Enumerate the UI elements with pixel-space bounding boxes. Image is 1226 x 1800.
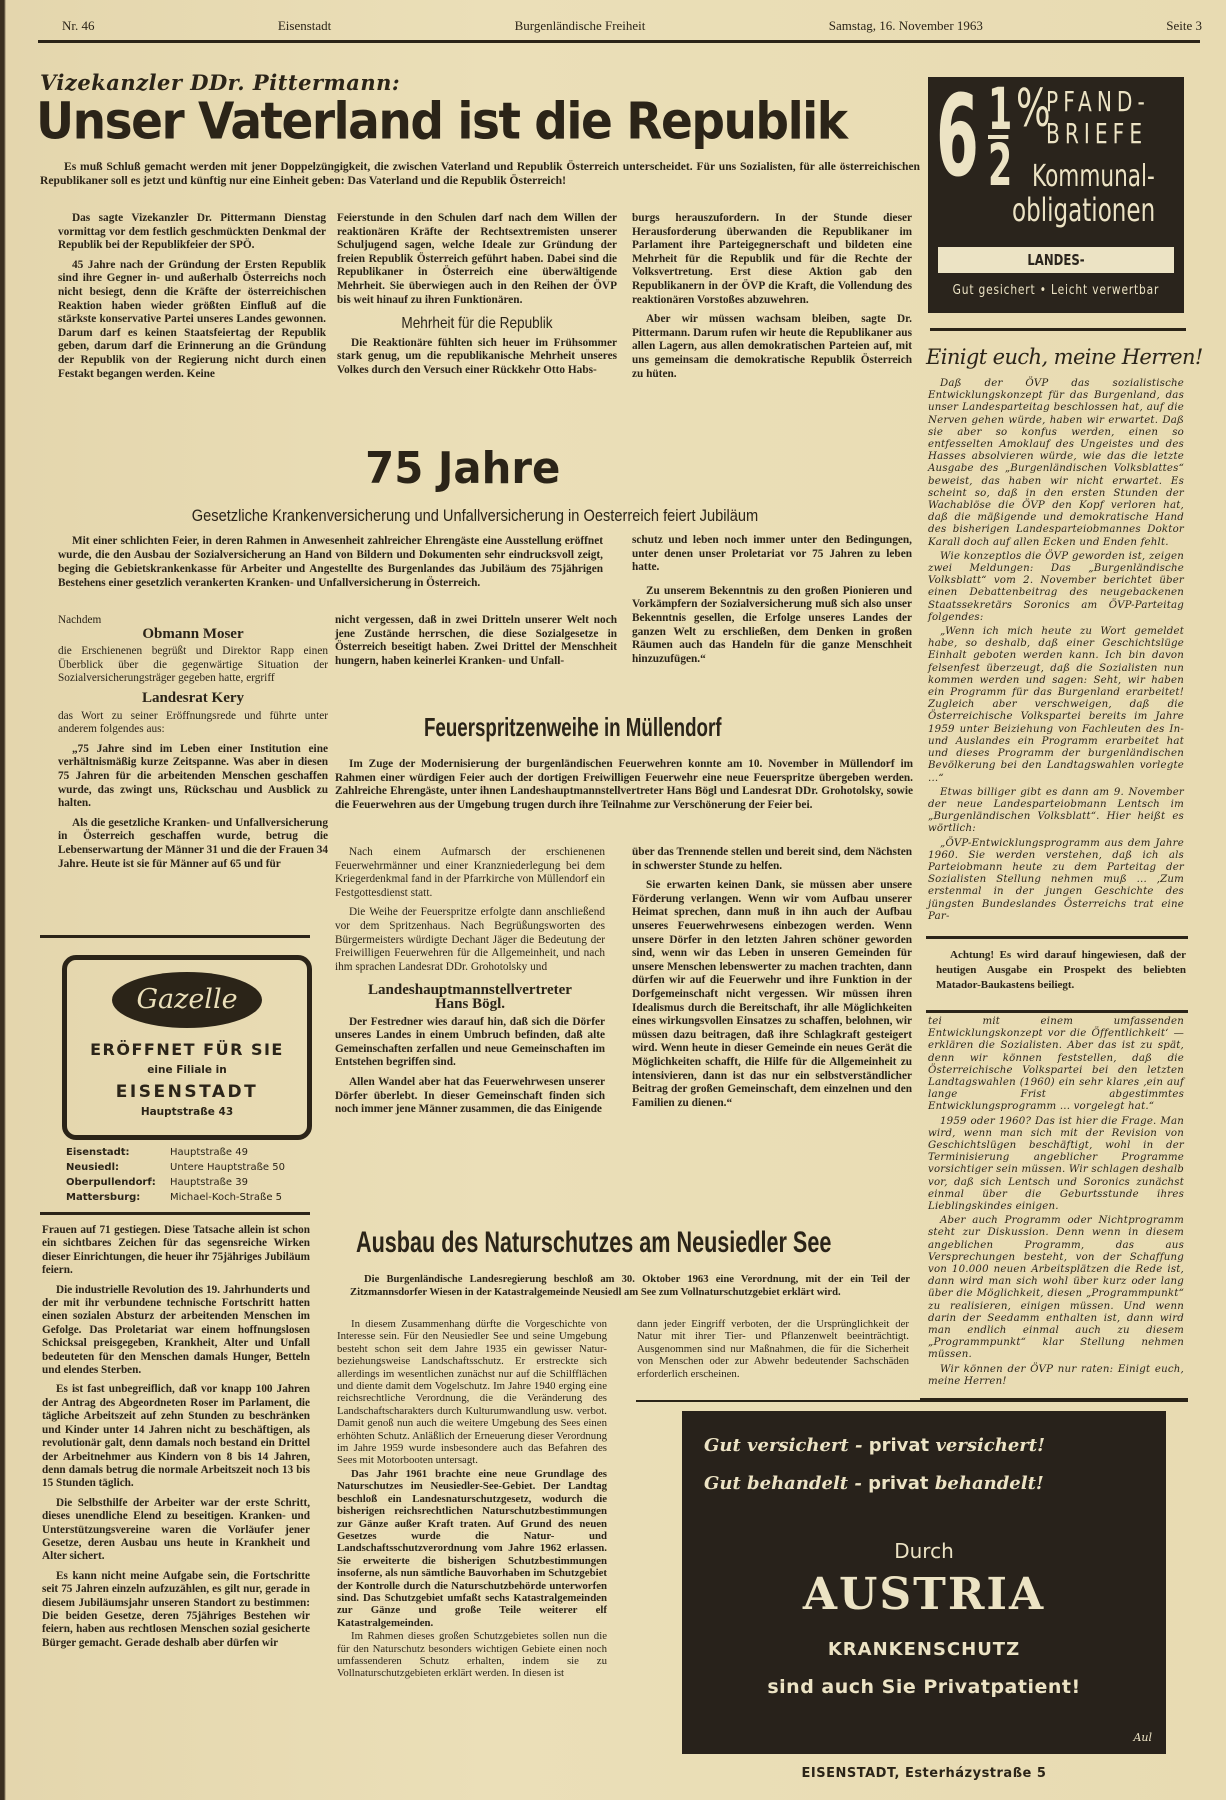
paragraph: 1959 oder 1960? Das ist hier die Frage. … bbox=[928, 1116, 1184, 1214]
paragraph: die Erschienenen begrüßt und Direktor Ra… bbox=[58, 645, 328, 686]
ad-tagline: Gut gesichert • Leicht verwertbar bbox=[928, 283, 1184, 298]
paragraph: „75 Jahre sind im Leben einer Institutio… bbox=[58, 743, 328, 811]
paragraph: schutz und leben noch immer unter den Be… bbox=[632, 534, 912, 575]
austria-krankenschutz-ad: Gut versichert - privat versichert! Gut … bbox=[682, 1411, 1166, 1754]
jubilee-column-1: Nachdem Obmann Moser die Erschienenen be… bbox=[58, 614, 328, 877]
ad-claim: sind auch Sie Privatpatient! bbox=[682, 1676, 1166, 1698]
lead-intro: Es muß Schluß gemacht werden mit jener D… bbox=[40, 160, 920, 188]
branch-row: Eisenstadt:Hauptstraße 49 bbox=[66, 1145, 306, 1160]
masthead-rule bbox=[38, 40, 1200, 43]
paragraph: Aber auch Programm oder Nichtprogramm st… bbox=[928, 1215, 1184, 1361]
ad-line-1: ERÖFFNET FÜR SIE bbox=[67, 1040, 307, 1059]
divider bbox=[636, 1400, 1188, 1402]
paragraph: Die Reaktionäre fühlten sich heuer im Fr… bbox=[337, 337, 617, 378]
lead-headline: Unser Vaterland ist die Republik bbox=[36, 92, 847, 151]
pfandbriefe-ad: 6 1 2 % PFAND- BRIEFE Kommunal- obligati… bbox=[928, 77, 1184, 313]
ad-line-3: EISENSTADT bbox=[67, 1082, 307, 1102]
speaker-subhead: Obmann Moser bbox=[58, 628, 328, 642]
paragraph: Feierstunde in den Schulen darf nach dem… bbox=[337, 212, 617, 307]
matador-notice: Achtung! Es wird darauf hingewiesen, daß… bbox=[936, 948, 1186, 993]
paragraph: Das sagte Vizekanzler Dr. Pittermann Die… bbox=[58, 212, 326, 253]
masthead: Nr. 46 Eisenstadt Burgenländische Freihe… bbox=[62, 18, 1202, 38]
nature-column-2: dann jeder Eingriff verboten, der die Ur… bbox=[637, 1318, 909, 1386]
divider bbox=[926, 1010, 1188, 1013]
paragraph: Das Jahr 1961 brachte eine neue Grundlag… bbox=[337, 1468, 607, 1629]
divider bbox=[930, 328, 1186, 331]
masthead-place: Eisenstadt bbox=[278, 18, 331, 38]
jubilee-column-2: nicht vergessen, daß in zwei Dritteln un… bbox=[335, 614, 617, 674]
paragraph: über das Trennende stellen und bereit si… bbox=[632, 846, 912, 873]
paragraph: Die Selbsthilfe der Arbeiter war der ers… bbox=[42, 1497, 310, 1564]
issue-number: Nr. 46 bbox=[62, 18, 95, 38]
ad-line-3: Kommunal- bbox=[1032, 159, 1155, 194]
paragraph: Daß der ÖVP das sozialistische Entwicklu… bbox=[928, 378, 1184, 549]
paragraph: Die Burgenländische Landesregierung besc… bbox=[350, 1274, 910, 1299]
paragraph: In diesem Zusammenhang dürfte die Vorges… bbox=[337, 1318, 607, 1467]
paragraph: „Wenn ich mich heute zu Wort gemeldet ha… bbox=[928, 626, 1184, 785]
paragraph: Die Weihe der Feuerspritze erfolgte dann… bbox=[335, 906, 605, 974]
jubilee-lead: Mit einer schlichten Feier, in deren Rah… bbox=[58, 534, 603, 596]
paragraph: Als die gesetzliche Kranken- und Unfallv… bbox=[58, 817, 328, 871]
paragraph: Es ist fast unbegreiflich, daß vor knapp… bbox=[42, 1383, 310, 1490]
ad-line-1: PFAND- bbox=[1046, 85, 1150, 118]
lead-column-3: burgs herauszufordern. In der Stunde die… bbox=[632, 212, 912, 387]
paragraph: Sie erwarten keinen Dank, sie müssen abe… bbox=[632, 879, 912, 1110]
nature-headline: Ausbau des Naturschutzes am Neusiedler S… bbox=[356, 1226, 831, 1260]
paragraph: Frauen auf 71 gestiegen. Diese Tatsache … bbox=[42, 1224, 310, 1278]
paragraph: nicht vergessen, daß in zwei Dritteln un… bbox=[335, 614, 617, 668]
gazelle-ad: Gazelle ERÖFFNET FÜR SIE eine Filiale in… bbox=[62, 955, 312, 1140]
paragraph: Mit einer schlichten Feier, in deren Rah… bbox=[58, 534, 603, 590]
editorial-continuation: tei mit einem umfassenden Entwicklungsko… bbox=[928, 1016, 1184, 1390]
paragraph: „ÖVP-Entwicklungsprogramm aus dem Jahre … bbox=[928, 838, 1184, 923]
paragraph: Nach einem Aufmarsch der erschienenen Fe… bbox=[335, 846, 605, 900]
lead-column-1: Das sagte Vizekanzler Dr. Pittermann Die… bbox=[58, 212, 326, 387]
paragraph: dann jeder Eingriff verboten, der die Ur… bbox=[637, 1318, 909, 1380]
ad-line-2: eine Filiale in bbox=[67, 1064, 307, 1076]
lead-column-2: Feierstunde in den Schulen darf nach dem… bbox=[337, 212, 617, 384]
newspaper-name: Burgenländische Freiheit bbox=[515, 18, 646, 38]
paragraph: Es kann nicht meine Aufgabe sein, die Fo… bbox=[42, 1570, 310, 1650]
editorial-body: Daß der ÖVP das sozialistische Entwicklu… bbox=[928, 378, 1184, 925]
jubilee-headline: 75 Jahre bbox=[365, 443, 560, 494]
fire-column-1: Nach einem Aufmarsch der erschienenen Fe… bbox=[335, 846, 605, 1123]
paragraph: Im Zuge der Modernisierung der burgenlän… bbox=[335, 758, 913, 812]
paragraph: Allen Wandel aber hat das Feuerwehrwesen… bbox=[335, 1076, 605, 1117]
speaker-subhead: Hans Bögl. bbox=[335, 998, 605, 1012]
divider bbox=[40, 1212, 310, 1215]
branch-row: Neusiedl:Untere Hauptstraße 50 bbox=[66, 1160, 306, 1175]
nature-column-1: In diesem Zusammenhang dürfte die Vorges… bbox=[337, 1318, 607, 1686]
ad-slogan-2: Gut behandelt - privat behandelt! bbox=[704, 1473, 1044, 1494]
jubilee-column-1-continued: Frauen auf 71 gestiegen. Diese Tatsache … bbox=[42, 1224, 310, 1656]
page-number: Seite 3 bbox=[1166, 18, 1202, 38]
jubilee-deck: Gesetzliche Krankenversicherung und Unfa… bbox=[127, 506, 824, 526]
fire-headline: Feuerspritzenweihe in Müllendorf bbox=[424, 712, 721, 743]
gazelle-logo: Gazelle bbox=[112, 972, 262, 1028]
divider bbox=[40, 935, 310, 938]
paragraph: Wir können der ÖVP nur raten: Einigt euc… bbox=[928, 1364, 1184, 1388]
speaker-subhead: Landesrat Kery bbox=[58, 692, 328, 706]
ad-line-2: BRIEFE bbox=[1046, 117, 1147, 150]
paragraph: Der Festredner wies darauf hin, daß sich… bbox=[335, 1016, 605, 1070]
paragraph: burgs herauszufordern. In der Stunde die… bbox=[632, 212, 912, 307]
branch-row: Oberpullendorf:Hauptstraße 39 bbox=[66, 1175, 306, 1190]
gazelle-branches: Eisenstadt:Hauptstraße 49 Neusiedl:Unter… bbox=[66, 1145, 306, 1205]
lead-subhead: Mehrheit für die Republik bbox=[358, 317, 596, 331]
paragraph: tei mit einem umfassenden Entwicklungsko… bbox=[928, 1016, 1184, 1114]
jubilee-column-3: schutz und leben noch immer unter den Be… bbox=[632, 534, 912, 672]
newspaper-page: Nr. 46 Eisenstadt Burgenländische Freihe… bbox=[0, 0, 1226, 1800]
ad-line-4: Hauptstraße 43 bbox=[67, 1106, 307, 1118]
branch-row: Mattersburg:Michael-Koch-Straße 5 bbox=[66, 1190, 306, 1205]
artist-signature: Aul bbox=[1133, 1731, 1152, 1744]
paragraph: Die industrielle Revolution des 19. Jahr… bbox=[42, 1284, 310, 1378]
ad-issuer: LANDES-HYPOTHEKENANSTALT bbox=[938, 247, 1174, 273]
paragraph: Etwas billiger gibt es dann am 9. Novemb… bbox=[928, 787, 1184, 836]
nature-lead: Die Burgenländische Landesregierung besc… bbox=[350, 1274, 910, 1305]
fire-column-2: über das Trennende stellen und bereit si… bbox=[632, 846, 912, 1116]
paragraph: 45 Jahre nach der Gründung der Ersten Re… bbox=[58, 259, 326, 381]
austria-logo: AUSTRIA bbox=[682, 1569, 1166, 1620]
editorial-title: Einigt euch, meine Herren! bbox=[926, 345, 1203, 369]
ad-durch: Durch bbox=[682, 1539, 1166, 1563]
paragraph: das Wort zu seiner Eröffnungsrede und fü… bbox=[58, 710, 328, 737]
paragraph: Wie konzeptlos die ÖVP geworden ist, zei… bbox=[928, 551, 1184, 624]
ad-subtitle: KRANKENSCHUTZ bbox=[682, 1639, 1166, 1660]
ad-rate-fraction: 1 2 bbox=[988, 83, 1012, 191]
paragraph: Zu unserem Bekenntnis zu den großen Pion… bbox=[632, 585, 912, 667]
paragraph: Im Rahmen dieses großen Schutzgebietes s… bbox=[337, 1630, 607, 1680]
ad-slogan-1: Gut versichert - privat versichert! bbox=[704, 1435, 1045, 1456]
issue-date: Samstag, 16. November 1963 bbox=[829, 18, 983, 38]
ad-line-4: obligationen bbox=[1012, 191, 1155, 229]
fire-lead: Im Zuge der Modernisierung der burgenlän… bbox=[335, 758, 913, 818]
paragraph: Aber wir müssen wachsam bleiben, sagte D… bbox=[632, 313, 912, 381]
ad-rate-whole: 6 bbox=[936, 81, 979, 193]
austria-ad-address: EISENSTADT, Esterházystraße 5 bbox=[682, 1766, 1166, 1781]
divider bbox=[926, 936, 1188, 939]
